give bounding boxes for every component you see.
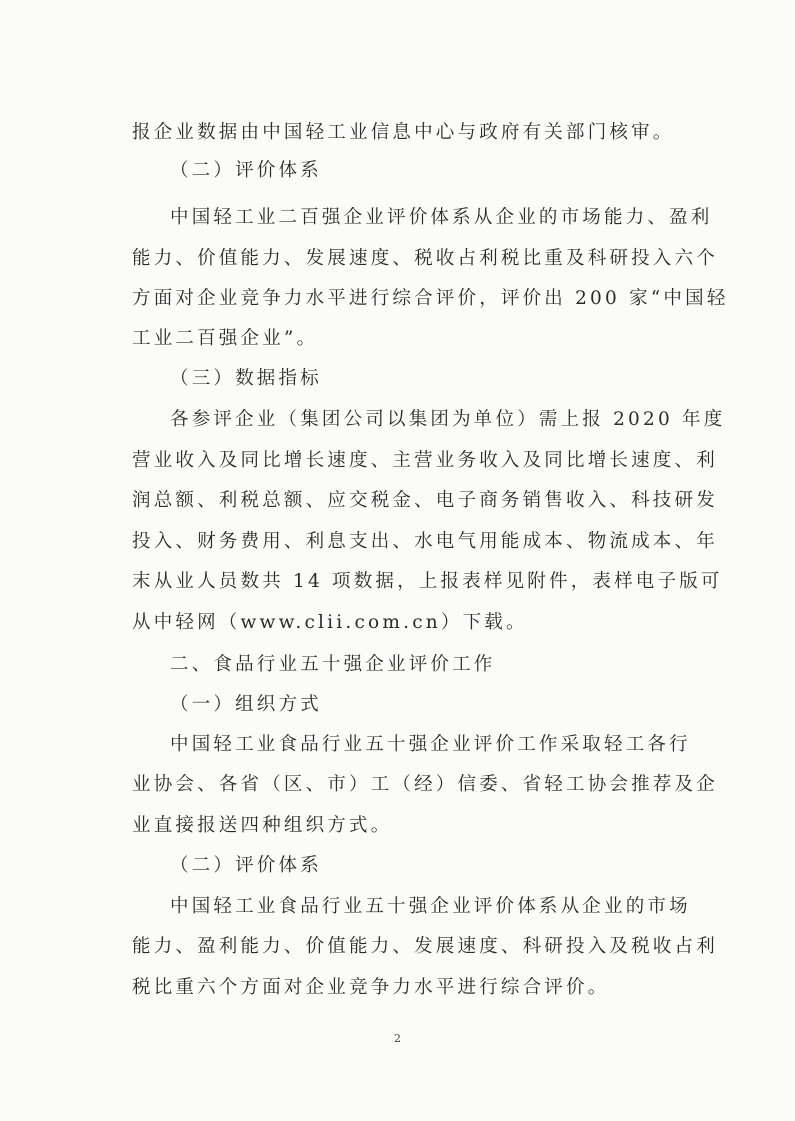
chapter-heading: 二、食品行业五十强企业评价工作: [170, 653, 496, 677]
section-heading: （三）数据指标: [170, 367, 322, 391]
paragraph-line: 税比重六个方面对企业竞争力水平进行综合评价。: [132, 976, 662, 1000]
paragraph-line: 营业收入及同比增长速度、主营业务收入及同比增长速度、利: [132, 449, 662, 473]
section-heading: （二）评价体系: [170, 159, 322, 183]
page-number: 2: [0, 1032, 795, 1045]
section-heading: （二）评价体系: [170, 854, 322, 878]
paragraph-line: 业直接报送四种组织方式。: [132, 814, 662, 838]
paragraph-line: 中国轻工业食品行业五十强企业评价工作采取轻工各行: [170, 733, 662, 757]
paragraph-line: 报企业数据由中国轻工业信息中心与政府有关部门核审。: [132, 121, 662, 145]
paragraph-line: 润总额、利税总额、应交税金、电子商务销售收入、科技研发: [132, 489, 662, 513]
paragraph-line: 能力、价值能力、发展速度、税收占利税比重及科研投入六个: [132, 247, 662, 271]
paragraph-line: 能力、盈利能力、价值能力、发展速度、科研投入及税收占利: [132, 935, 662, 959]
paragraph-line: 业协会、各省（区、市）工（经）信委、省轻工协会推荐及企: [132, 773, 662, 797]
paragraph-line: 工业二百强企业”。: [132, 327, 662, 351]
paragraph-line: 方面对企业竞争力水平进行综合评价，评价出 200 家“中国轻: [132, 287, 662, 311]
section-heading: （一）组织方式: [170, 693, 322, 717]
paragraph-line: 中国轻工业二百强企业评价体系从企业的市场能力、盈利: [170, 206, 662, 230]
paragraph-line: 从中轻网（www.clii.com.cn）下载。: [132, 611, 662, 635]
document-page: 报企业数据由中国轻工业信息中心与政府有关部门核审。 （二）评价体系 中国轻工业二…: [0, 0, 795, 1121]
paragraph-line: 末从业人员数共 14 项数据，上报表样见附件，表样电子版可: [132, 570, 662, 594]
paragraph-line: 投入、财务费用、利息支出、水电气用能成本、物流成本、年: [132, 530, 662, 554]
paragraph-line: 中国轻工业食品行业五十强企业评价体系从企业的市场: [170, 895, 662, 919]
paragraph-line: 各参评企业（集团公司以集团为单位）需上报 2020 年度: [170, 408, 662, 432]
